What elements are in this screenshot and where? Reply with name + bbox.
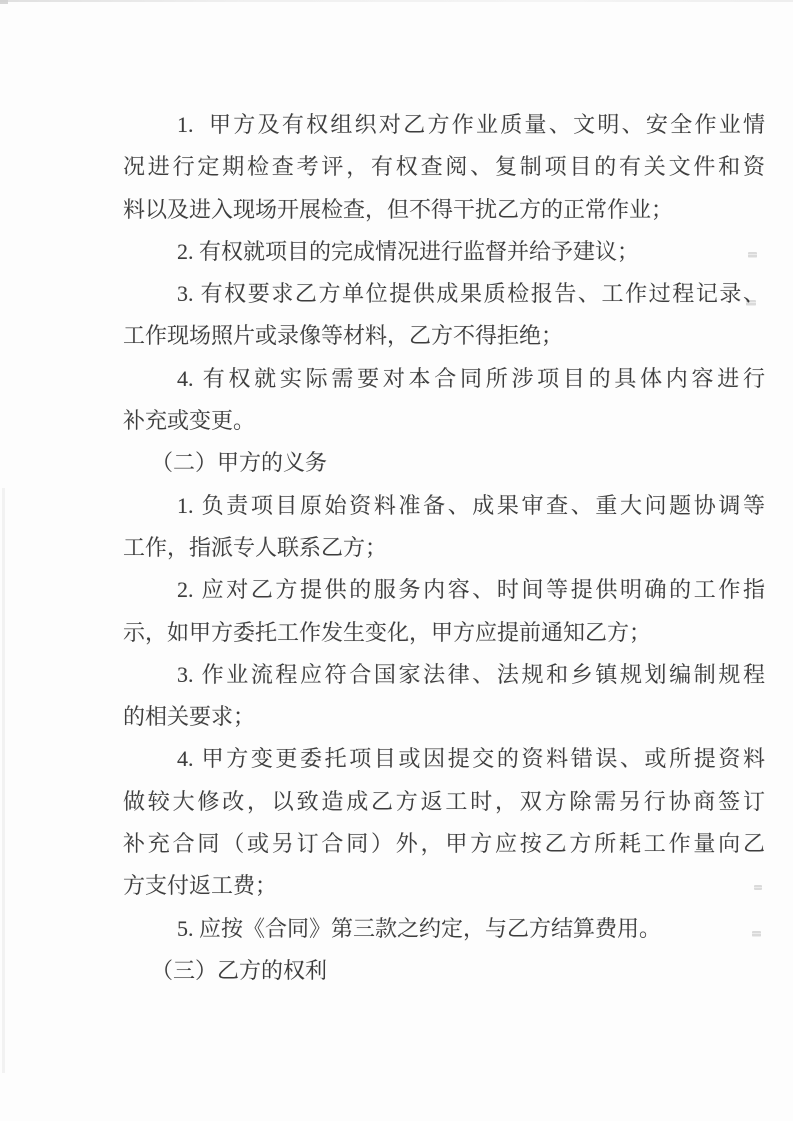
text-line: 4. 甲方变更委托项目或因提交的资料错误、或所提资料 bbox=[123, 738, 765, 780]
text-line: 1. 负责项目原始资料准备、成果审查、重大问题协调等 bbox=[123, 485, 765, 527]
text-line: 4. 有权就实际需要对本合同所涉项目的具体内容进行 bbox=[123, 358, 765, 400]
text-line: 补充合同（或另订合同）外，甲方应按乙方所耗工作量向乙 bbox=[123, 823, 765, 865]
scan-top-edge-artifact bbox=[0, 0, 793, 2]
text-line: （三）乙方的权利 bbox=[123, 950, 765, 992]
scan-left-band-artifact bbox=[2, 488, 5, 1073]
contract-text-block: 1. 甲方及有权组织对乙方作业质量、文明、安全作业情况进行定期检查考评，有权查阅… bbox=[123, 104, 765, 992]
text-line: （二）甲方的义务 bbox=[123, 442, 765, 484]
scanned-document-page: 1. 甲方及有权组织对乙方作业质量、文明、安全作业情况进行定期检查考评，有权查阅… bbox=[0, 0, 793, 1121]
text-line: 1. 甲方及有权组织对乙方作业质量、文明、安全作业情 bbox=[123, 104, 765, 146]
text-line: 工作现场照片或录像等材料，乙方不得拒绝； bbox=[123, 315, 765, 357]
scan-corner-mark-artifact bbox=[0, 0, 8, 4]
text-line: 做较大修改，以致造成乙方返工时，双方除需另行协商签订 bbox=[123, 781, 765, 823]
text-line: 2. 有权就项目的完成情况进行监督并给予建议； bbox=[123, 231, 765, 273]
text-line: 的相关要求； bbox=[123, 696, 765, 738]
text-line: 3. 有权要求乙方单位提供成果质检报告、工作过程记录、 bbox=[123, 273, 765, 315]
text-line: 示，如甲方委托工作发生变化，甲方应提前通知乙方； bbox=[123, 612, 765, 654]
text-line: 5. 应按《合同》第三款之约定，与乙方结算费用。 bbox=[123, 908, 765, 950]
text-line: 方支付返工费； bbox=[123, 865, 765, 907]
text-line: 2. 应对乙方提供的服务内容、时间等提供明确的工作指 bbox=[123, 569, 765, 611]
text-line: 料以及进入现场开展检查，但不得干扰乙方的正常作业； bbox=[123, 189, 765, 231]
text-line: 补充或变更。 bbox=[123, 400, 765, 442]
text-line: 况进行定期检查考评，有权查阅、复制项目的有关文件和资 bbox=[123, 146, 765, 188]
text-line: 3. 作业流程应符合国家法律、法规和乡镇规划编制规程 bbox=[123, 654, 765, 696]
text-line: 工作，指派专人联系乙方； bbox=[123, 527, 765, 569]
